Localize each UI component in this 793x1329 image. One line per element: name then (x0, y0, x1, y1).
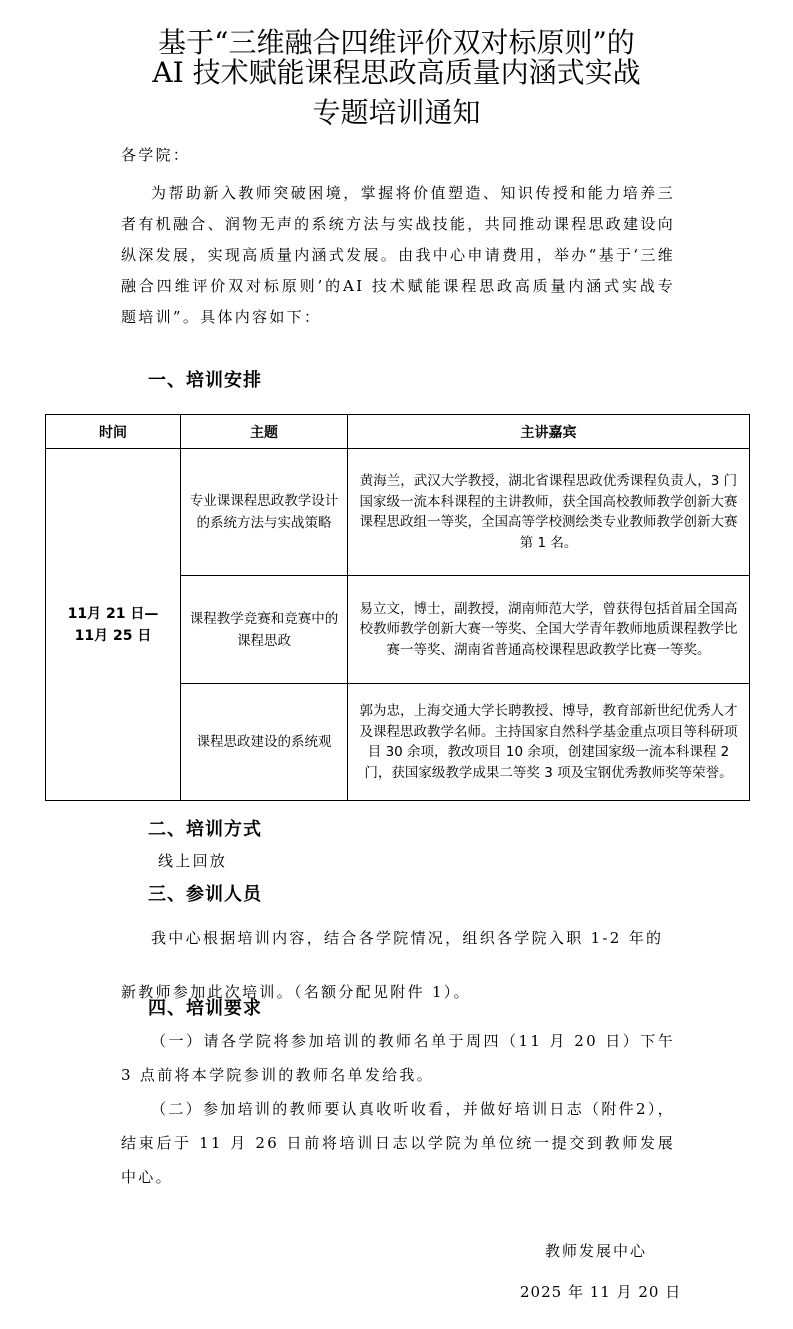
doc-title-line-1: 基于“三维融合四维评价双对标原则”的 (0, 28, 793, 58)
guest-cell: 黄海兰，武汉大学教授，湖北省课程思政优秀课程负责人，3 门国家级一流本科课程的主… (348, 449, 750, 576)
doc-title-line-3: 专题培训通知 (0, 98, 793, 128)
topic-cell: 专业课课程思政教学设计的系统方法与实战策略 (181, 449, 348, 576)
header-time: 时间 (46, 415, 181, 449)
time-end: 11月 25 日 (46, 625, 180, 647)
header-topic: 主题 (181, 415, 348, 449)
requirement-item-1: （一）请各学院将参加培训的教师名单于周四（11 月 20 日）下午 3 点前将本… (121, 1024, 675, 1092)
table-row: 11月 21 日— 11月 25 日 专业课课程思政教学设计的系统方法与实战策略… (46, 449, 750, 576)
schedule-table: 时间 主题 主讲嘉宾 11月 21 日— 11月 25 日 专业课课程思政教学设… (45, 414, 750, 801)
header-guest: 主讲嘉宾 (348, 415, 750, 449)
salutation: 各学院： (121, 144, 675, 165)
section-heading-mode: 二、培训方式 (148, 815, 262, 841)
signature-org: 教师发展中心 (545, 1240, 647, 1261)
doc-title-line-2: AI 技术赋能课程思政高质量内涵式实战 (0, 58, 793, 88)
requirement-item-2: （二）参加培训的教师要认真收听收看，并做好培训日志（附件2），结束后于 11 月… (121, 1092, 675, 1194)
section-heading-requirements: 四、培训要求 (148, 994, 262, 1020)
time-start: 11月 21 日— (46, 603, 180, 625)
time-cell: 11月 21 日— 11月 25 日 (46, 449, 181, 801)
guest-cell: 易立文，博士，副教授，湖南师范大学，曾获得包括首届全国高校教师教学创新大赛一等奖… (348, 576, 750, 684)
training-mode-text: 线上回放 (158, 850, 712, 871)
section-heading-arrangement: 一、培训安排 (148, 366, 262, 392)
guest-cell: 郭为忠，上海交通大学长聘教授、博导，教育部新世纪优秀人才及课程思政教学名师。主持… (348, 684, 750, 801)
intro-paragraph: 为帮助新入教师突破困境，掌握将价值塑造、知识传授和能力培养三者有机融合、润物无声… (121, 178, 675, 333)
signature-date: 2025 年 11 月 20 日 (520, 1281, 681, 1302)
topic-cell: 课程思政建设的系统观 (181, 684, 348, 801)
table-header-row: 时间 主题 主讲嘉宾 (46, 415, 750, 449)
section-heading-participants: 三、参训人员 (148, 880, 262, 906)
topic-cell: 课程教学竞赛和竞赛中的课程思政 (181, 576, 348, 684)
